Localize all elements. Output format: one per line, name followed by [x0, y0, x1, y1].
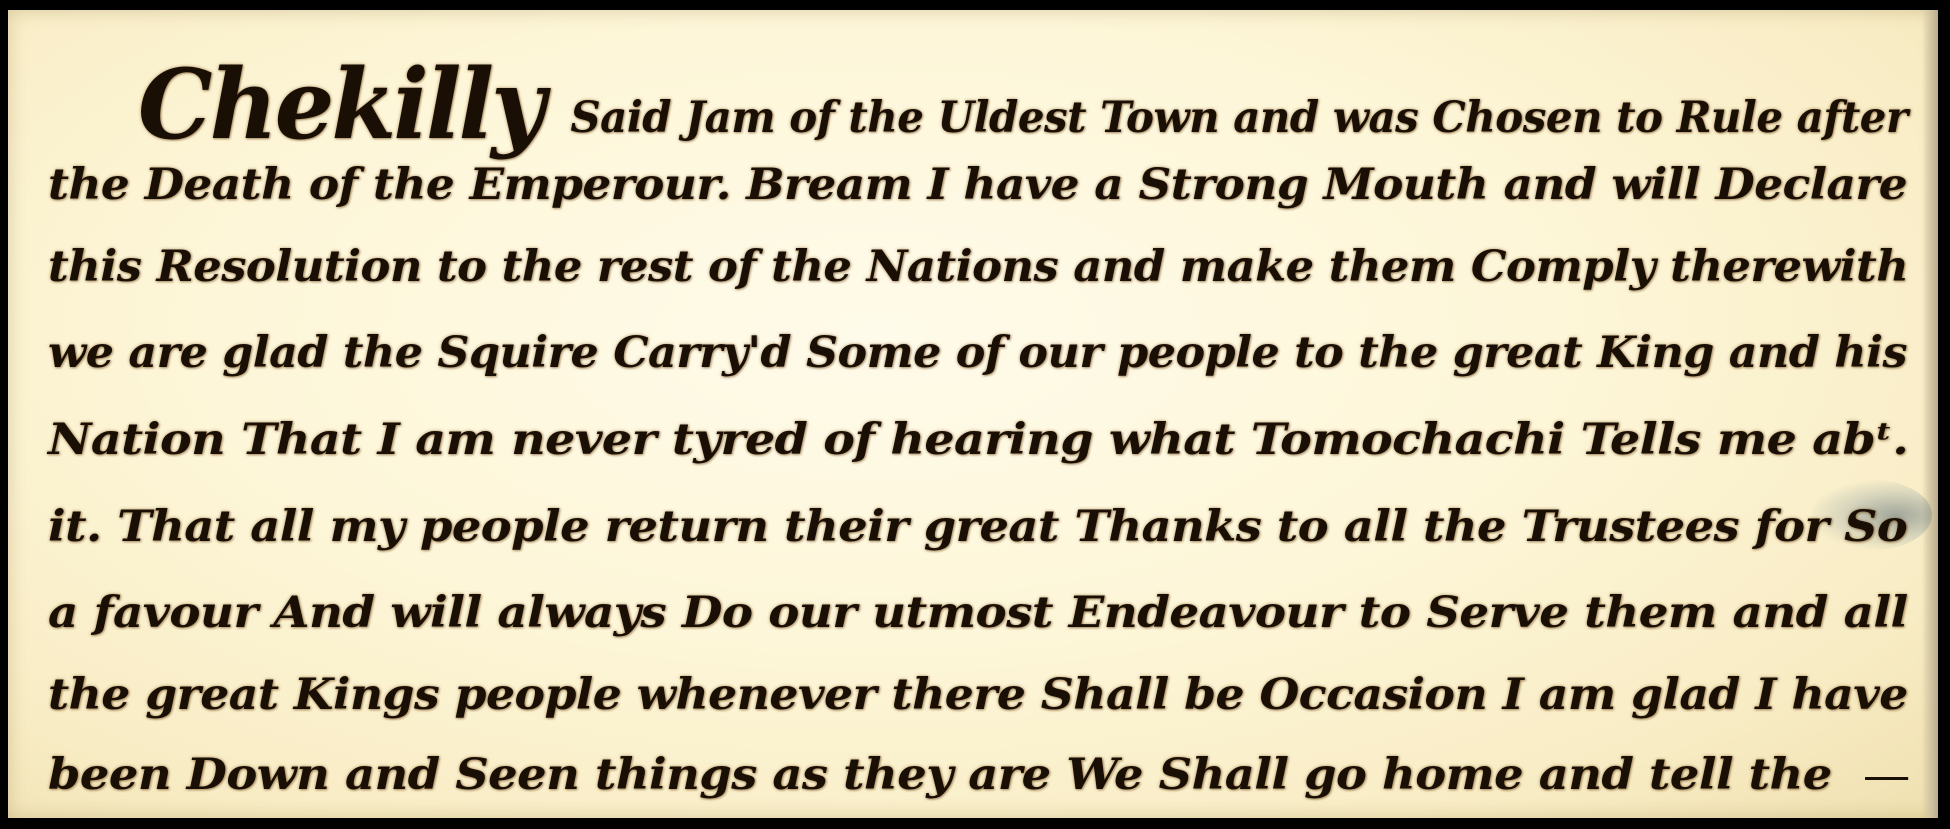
document-frame: Chekilly Said Jam of the Uldest Town and…	[0, 0, 1950, 829]
line-text: a favour And will always Do our utmost E…	[48, 588, 1908, 638]
line-text: we are glad the Squire Carry'd Some of o…	[48, 328, 1907, 378]
speaker-name: Chekilly	[138, 48, 543, 161]
line-text: Said Jam of the Uldest Town and was Chos…	[570, 93, 1907, 143]
manuscript-line-8: the great Kings people whenever there Sh…	[48, 670, 1908, 720]
manuscript-line-3: this Resolution to the rest of the Natio…	[48, 242, 1908, 292]
manuscript-line-2: the Death of the Emperour. Bream I have …	[48, 160, 1907, 210]
line-text: been Down and Seen things as they are We…	[48, 750, 1832, 800]
manuscript-text: Chekilly Said Jam of the Uldest Town and…	[48, 10, 1918, 818]
line-text: the Death of the Emperour. Bream I have …	[48, 160, 1907, 210]
paper-edge	[1922, 10, 1938, 818]
manuscript-line-4: we are glad the Squire Carry'd Some of o…	[48, 328, 1907, 378]
line-text: it. That all my people return their grea…	[48, 502, 1907, 552]
line-text: Nation That I am never tyred of hearing …	[48, 415, 1908, 465]
manuscript-line-7: a favour And will always Do our utmost E…	[48, 588, 1908, 638]
line-text: the great Kings people whenever there Sh…	[48, 670, 1908, 720]
manuscript-line-6: it. That all my people return their grea…	[48, 502, 1907, 552]
manuscript-page: Chekilly Said Jam of the Uldest Town and…	[8, 10, 1938, 818]
manuscript-line-1: Chekilly Said Jam of the Uldest Town and…	[138, 48, 1908, 161]
continuation-dash	[1865, 777, 1908, 780]
manuscript-line-9: been Down and Seen things as they are We…	[48, 750, 1908, 800]
line-text: this Resolution to the rest of the Natio…	[48, 242, 1908, 292]
manuscript-line-5: Nation That I am never tyred of hearing …	[48, 415, 1908, 465]
